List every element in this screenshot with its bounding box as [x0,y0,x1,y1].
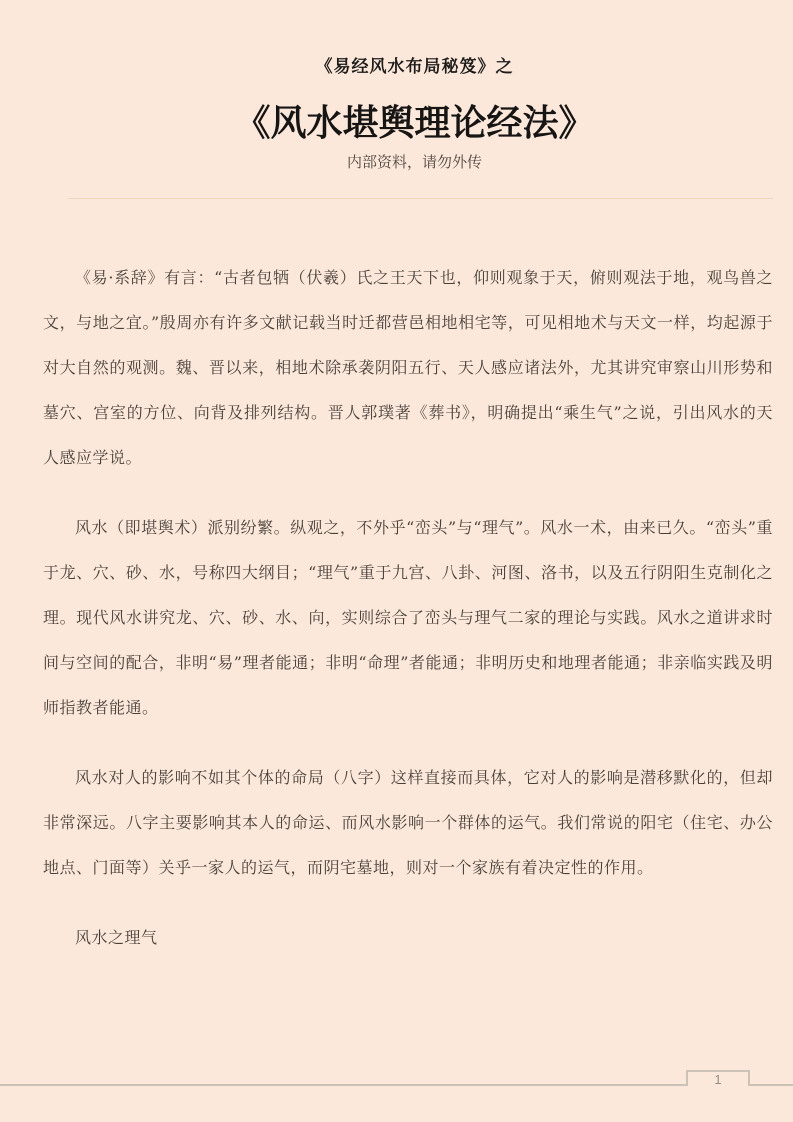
page-number: 1 [714,1072,721,1087]
document-header: 《易经风水布局秘笈》之 《风水堪舆理论经法》 内部资料，请勿外传 [0,54,793,176]
document-body: 《易·系辞》有言：“古者包牺（伏羲）氏之王天下也，仰则观象于天，俯则观法于地，观… [43,255,773,960]
section-heading-lixue: 风水之理气 [43,915,773,960]
confidential-notice: 内部资料，请勿外传 [36,148,793,176]
header-divider [68,198,773,199]
series-title: 《易经风水布局秘笈》之 [36,54,793,80]
footer-rule [0,1084,793,1086]
paragraph-2: 风水（即堪舆术）派别纷繁。纵观之，不外乎“峦头”与“理气”。风水一术，由来已久。… [43,505,773,730]
document-page: 《易经风水布局秘笈》之 《风水堪舆理论经法》 内部资料，请勿外传 《易·系辞》有… [0,0,793,1122]
paragraph-3: 风水对人的影响不如其个体的命局（八字）这样直接而具体，它对人的影响是潜移默化的，… [43,755,773,890]
page-number-tab: 1 [686,1070,750,1086]
page-title: 《风水堪舆理论经法》 [36,100,793,146]
paragraph-1: 《易·系辞》有言：“古者包牺（伏羲）氏之王天下也，仰则观象于天，俯则观法于地，观… [43,255,773,480]
